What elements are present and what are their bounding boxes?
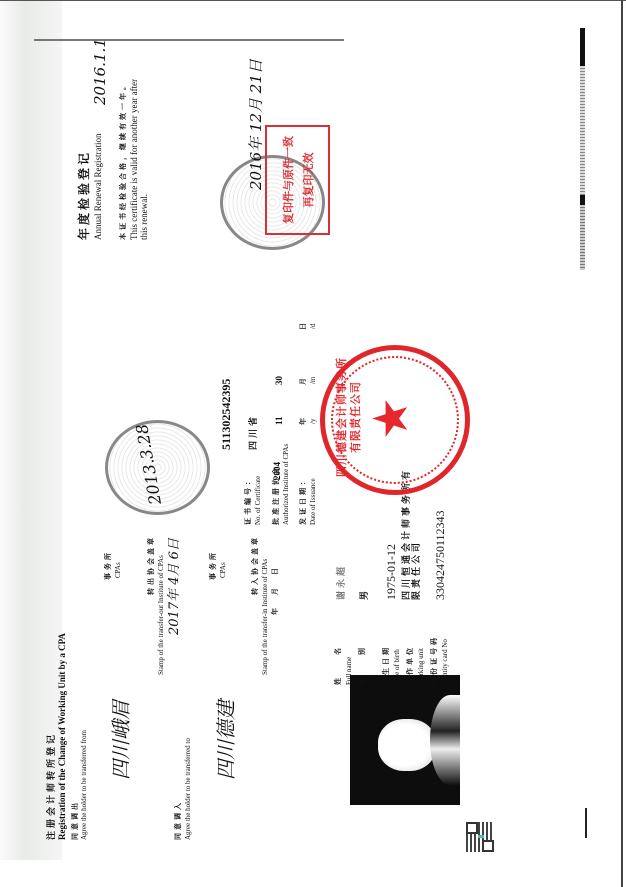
transfer-out-stamp-label-zh: 转出协会盖章 [148,535,156,595]
unit-year-en: /y [310,419,318,424]
renewal-note-zh: 本证书经检验合格，继续有效一年。 [120,80,128,240]
authorized-value: 四川省 [250,414,260,450]
id-card-value: 330424750112343 [434,510,447,600]
issuance-label-en: Date of Issuance [310,478,318,525]
copy-verification-stamp: 复印件与原件一致 再复印无效 [265,125,330,235]
sex-label-zh: 性 别 [359,645,367,685]
unit-day-en: /d [310,324,318,329]
company-seal-red: ★ 四川德建会计师事务所有限责任公司 [320,345,470,495]
dob-label-zh: 出生日期 [383,645,391,685]
office-label2-en: CPAs [220,562,228,578]
renewal-date: 2016年 12月 21日 [248,59,265,190]
renewal-note-en-2: this renewal. [140,194,150,240]
renewal-title-en: Annual Renewal Registration [94,134,104,240]
transfer-in-date: 年 月 日 [272,565,280,615]
transfer-in-stamp-label-en: Stamp of the transfer-in Institute of CP… [262,559,270,675]
page-right-border [621,0,623,887]
office-label-zh: 事务所 [105,550,113,580]
unit-day: 日 [300,320,308,330]
name-value: 谢永超 [338,564,348,600]
name-label-en: Full name [346,657,354,685]
authorized-label-en: Authorized Institute of CPAs [283,444,291,525]
unit-month: 月 [300,375,308,385]
dob-value: 1975-01-12 [385,544,398,600]
seal-star-icon: ★ [367,397,415,440]
agree-to-label-en: Agree the holder to be transferred to [185,738,193,840]
copy-stamp-line-2: 再复印无效 [300,153,316,208]
working-unit-label-en: Working unit [418,648,426,685]
issuance-year: 2004 [273,462,283,480]
renewal-title-zh: 年度检验登记 [78,150,91,240]
seal-text: 四川德建会计师事务所有限责任公司 [335,352,363,482]
cpa-certificate-page: 注册会计师转所登记 Registration of the Change of … [30,30,590,850]
holder-photo [350,675,460,805]
transfer-in-stamp-label-zh: 转入协会盖章 [252,535,260,595]
transfer-out-stamp-label-en: Stamp of the transfer-out Institute of C… [158,555,166,675]
transfer-from-signature: 四川峨眉 [110,700,132,780]
cert-no-label-zh: 证书编号： [245,475,253,525]
transfer-title-en: Registration of the Change of Working Un… [58,633,68,840]
office-label-en: CPAs [115,562,123,578]
copy-stamp-line-1: 复印件与原件一致 [280,136,296,224]
office-label2-zh: 事务所 [210,550,218,580]
page-top-border [0,0,626,1]
dob-label-en: Date of birth [394,649,402,685]
cert-no-label-en: No. of Certificate [255,476,263,525]
sex-label-en: Sex [370,675,378,686]
photo-face [378,719,436,771]
unit-year: 年 [300,415,308,425]
id-card-label-en: Identity card No [442,639,450,685]
agree-to-label-zh: 同意调入 [175,800,183,840]
transfer-out-date: 2017年 4月 6日 [168,538,182,635]
photo-shoulder [430,695,460,785]
agree-from-label-zh: 同意调出 [72,800,80,840]
transfer-to-signature: 四川德建 [215,700,237,780]
unit-month-en: /m [310,377,318,384]
name-label-zh: 姓 名 [335,645,343,685]
agree-from-label-en: Agree the holder to be transferred from [81,730,89,840]
issuance-day: 30 [275,376,285,385]
sex-value: 男 [361,588,371,600]
working-unit-label-zh: 工作单位 [407,645,415,685]
renewal-handwritten-top: 2016.1.1 [92,38,109,105]
cert-no-value: 511302542395 [220,379,233,450]
id-card-label-zh: 身份证号码 [431,635,439,685]
issuance-month: 11 [275,416,285,425]
issuance-label-zh: 发证日期： [300,475,308,525]
